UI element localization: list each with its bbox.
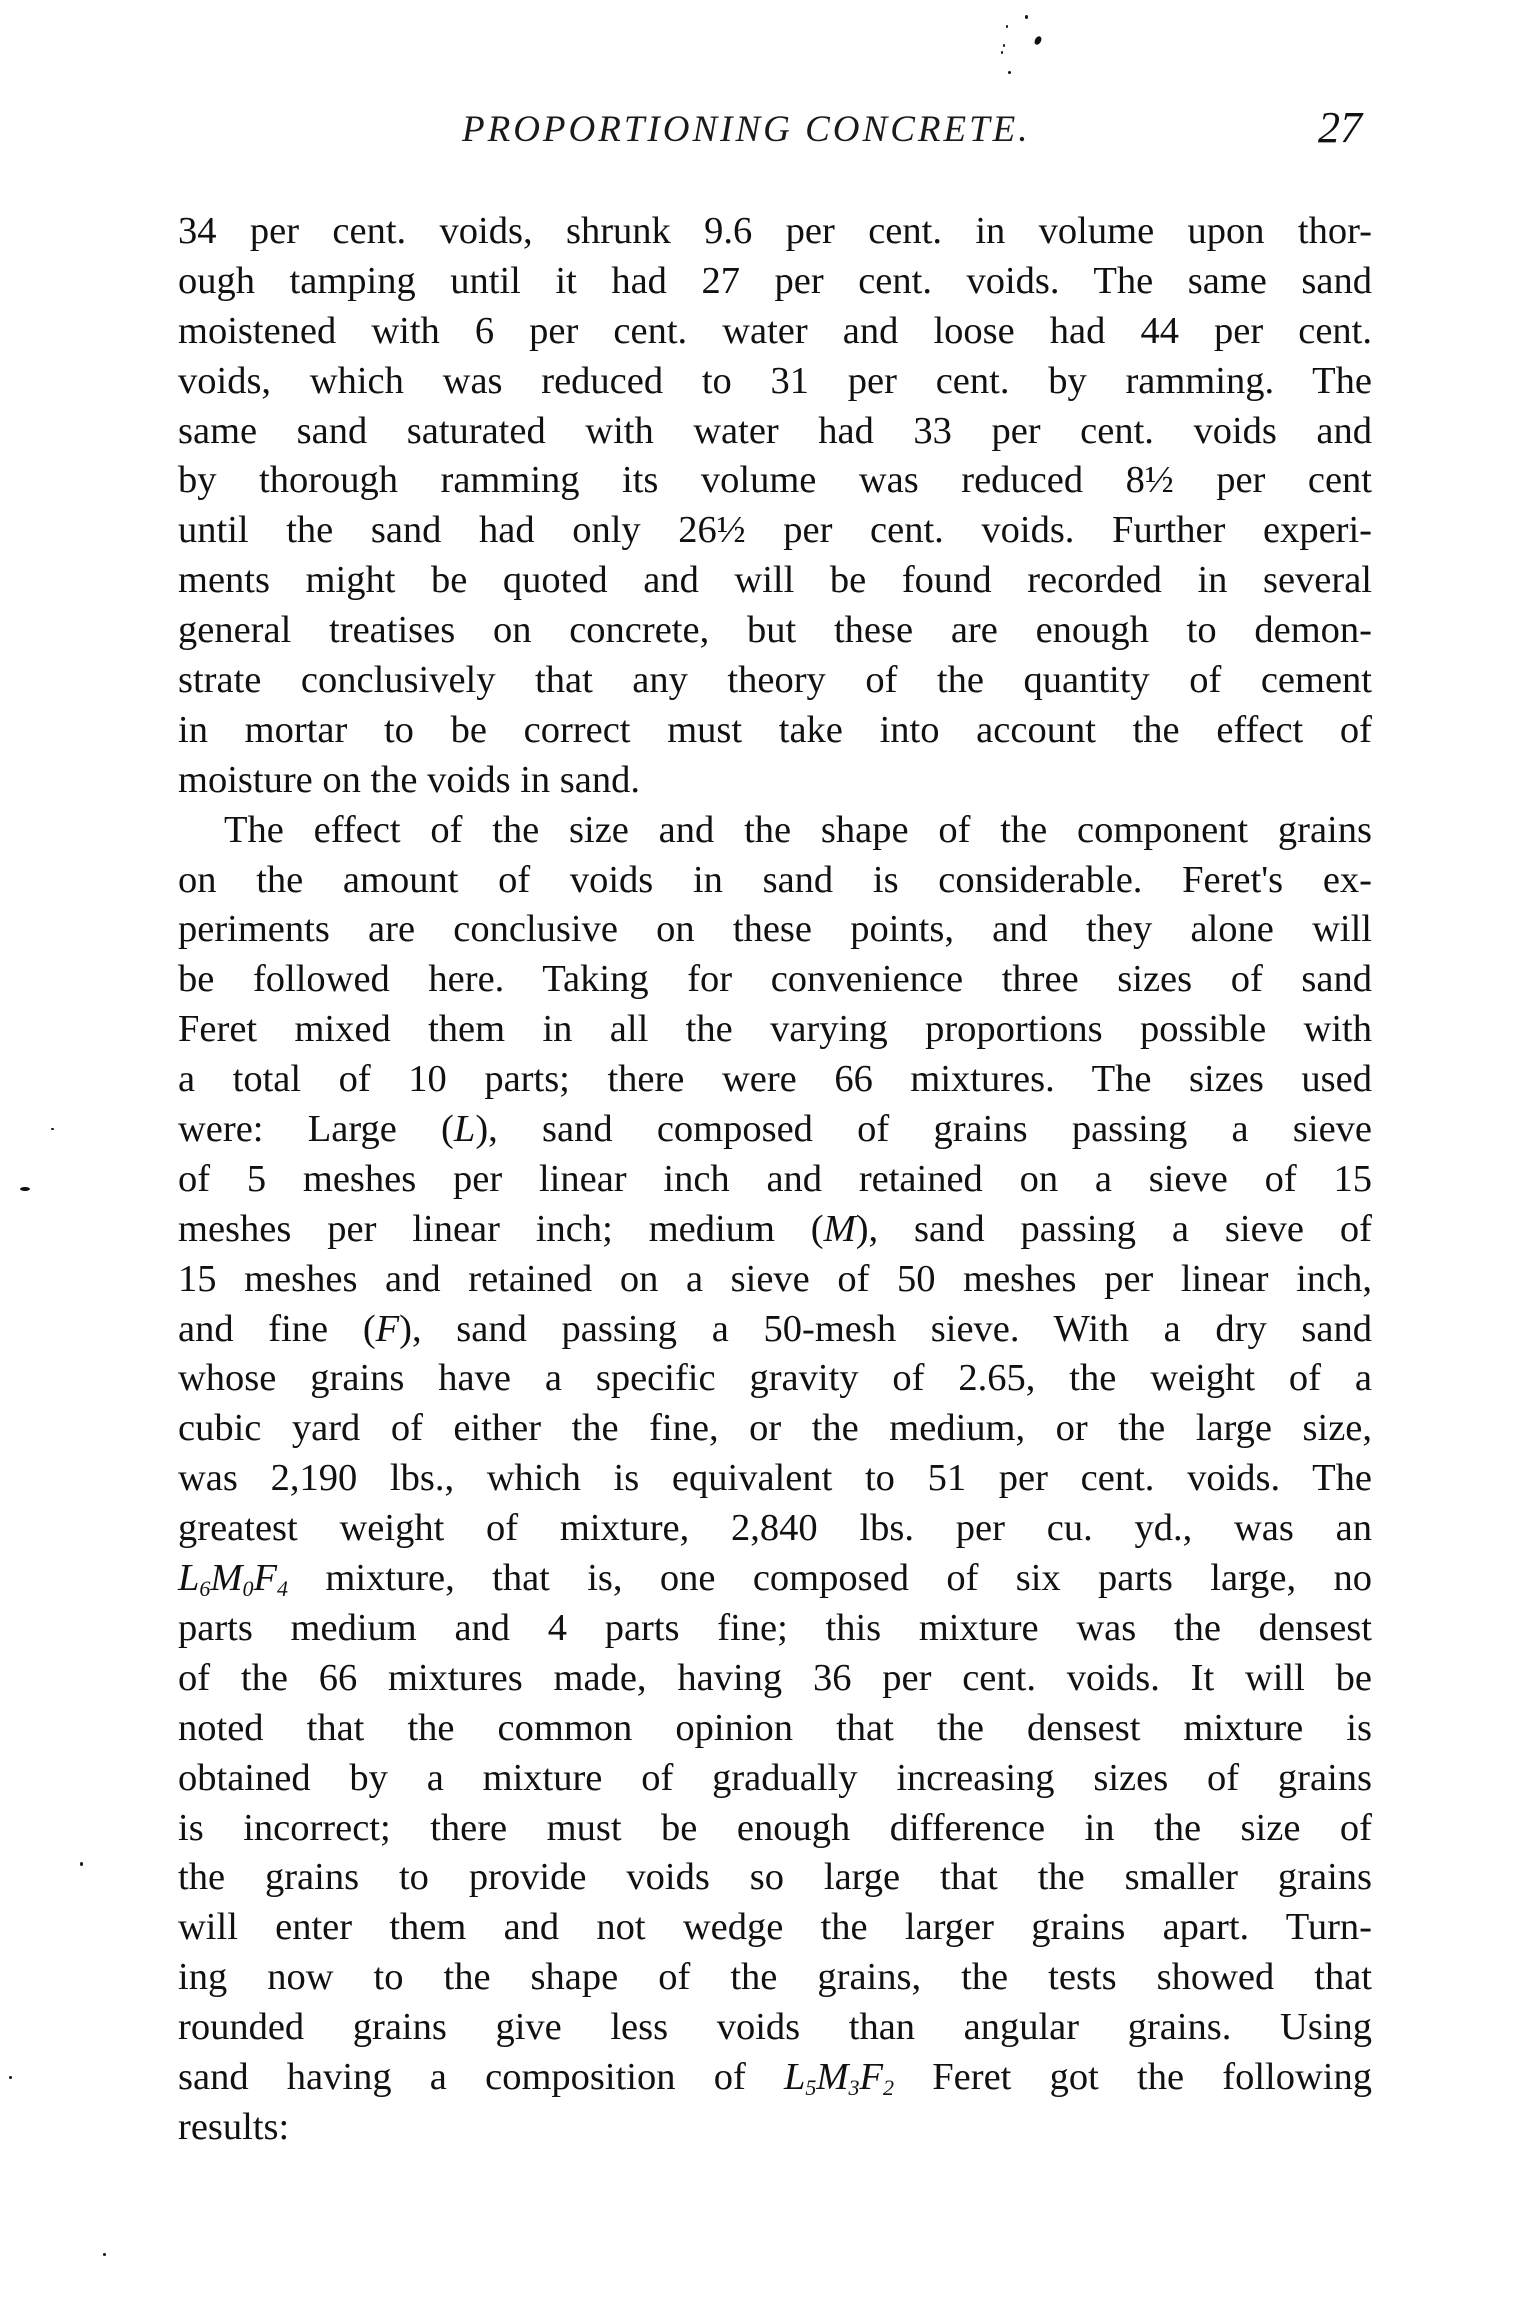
formula-test-mixture: L5M3F2 xyxy=(784,2056,894,2098)
text-line-densest-mixture: L6M0F4 mixture, that is, one composed of… xyxy=(178,1554,1372,1604)
scan-speck xyxy=(51,1128,54,1130)
text-line: by thorough ramming its volume was reduc… xyxy=(178,456,1372,506)
text-line: Feret mixed them in all the varying prop… xyxy=(178,1005,1372,1055)
text-line: same sand saturated with water had 33 pe… xyxy=(178,407,1372,457)
text-line: the grains to provide voids so large tha… xyxy=(178,1853,1372,1903)
scan-speck xyxy=(1008,71,1011,74)
book-page: PROPORTIONING CONCRETE. 27 34 per cent. … xyxy=(0,0,1540,2306)
text-line: results: xyxy=(178,2103,1372,2153)
symbol-fine: F xyxy=(376,1308,400,1350)
scan-speck xyxy=(20,1187,30,1191)
text-line: of 5 meshes per linear inch and retained… xyxy=(178,1155,1372,1205)
text-line: general treatises on concrete, but these… xyxy=(178,606,1372,656)
scan-speck xyxy=(1033,35,1043,46)
text-line: moistened with 6 per cent. water and loo… xyxy=(178,307,1372,357)
text-line: cubic yard of either the fine, or the me… xyxy=(178,1404,1372,1454)
text-line: is incorrect; there must be enough diffe… xyxy=(178,1804,1372,1854)
text-line: ing now to the shape of the grains, the … xyxy=(178,1953,1372,2003)
text-line: in mortar to be correct must take into a… xyxy=(178,706,1372,756)
text-line: The effect of the size and the shape of … xyxy=(178,806,1372,856)
text-line: parts medium and 4 parts fine; this mixt… xyxy=(178,1604,1372,1654)
text-line-medium: meshes per linear inch; medium (M), sand… xyxy=(178,1205,1372,1255)
text-line: be followed here. Taking for convenience… xyxy=(178,955,1372,1005)
scan-speck xyxy=(80,1862,83,1866)
text-line: will enter them and not wedge the larger… xyxy=(178,1903,1372,1953)
text-line: 15 meshes and retained on a sieve of 50 … xyxy=(178,1255,1372,1305)
symbol-medium: M xyxy=(824,1208,856,1250)
paragraph-size-and-shape: The effect of the size and the shape of … xyxy=(178,806,1372,2153)
text-line: ough tamping until it had 27 per cent. v… xyxy=(178,257,1372,307)
text-line: ments might be quoted and will be found … xyxy=(178,556,1372,606)
scan-speck xyxy=(1006,25,1008,28)
text-line: noted that the common opinion that the d… xyxy=(178,1704,1372,1754)
page-number: 27 xyxy=(1318,104,1362,152)
text-line: obtained by a mixture of gradually incre… xyxy=(178,1754,1372,1804)
text-line-large: were: Large (L), sand composed of grains… xyxy=(178,1105,1372,1155)
text-line: of the 66 mixtures made, having 36 per c… xyxy=(178,1654,1372,1704)
text-line: strate conclusively that any theory of t… xyxy=(178,656,1372,706)
formula-densest-mixture: L6M0F4 xyxy=(178,1557,288,1599)
text-line: whose grains have a specific gravity of … xyxy=(178,1354,1372,1404)
text-line: 34 per cent. voids, shrunk 9.6 per cent.… xyxy=(178,207,1372,257)
text-line: periments are conclusive on these points… xyxy=(178,905,1372,955)
scan-speck xyxy=(1025,15,1028,19)
scan-speck xyxy=(103,2253,106,2256)
text-line: was 2,190 lbs., which is equivalent to 5… xyxy=(178,1454,1372,1504)
scan-speck xyxy=(9,2076,12,2079)
text-line-test-mixture: sand having a composition of L5M3F2 Fere… xyxy=(178,2053,1372,2103)
symbol-large: L xyxy=(454,1108,475,1150)
running-head-title: PROPORTIONING CONCRETE. xyxy=(462,108,1072,152)
scan-speck xyxy=(1001,51,1003,54)
text-line: greatest weight of mixture, 2,840 lbs. p… xyxy=(178,1504,1372,1554)
text-line: moisture on the voids in sand. xyxy=(178,756,1372,806)
body-text: 34 per cent. voids, shrunk 9.6 per cent.… xyxy=(178,207,1372,2153)
text-line-fine: and fine (F), sand passing a 50-mesh sie… xyxy=(178,1305,1372,1355)
text-line: rounded grains give less voids than angu… xyxy=(178,2003,1372,2053)
text-line: voids, which was reduced to 31 per cent.… xyxy=(178,357,1372,407)
paragraph-continued: 34 per cent. voids, shrunk 9.6 per cent.… xyxy=(178,207,1372,806)
text-line: on the amount of voids in sand is consid… xyxy=(178,856,1372,906)
text-line: until the sand had only 26½ per cent. vo… xyxy=(178,506,1372,556)
text-line: a total of 10 parts; there were 66 mixtu… xyxy=(178,1055,1372,1105)
scan-speck xyxy=(1003,44,1005,47)
